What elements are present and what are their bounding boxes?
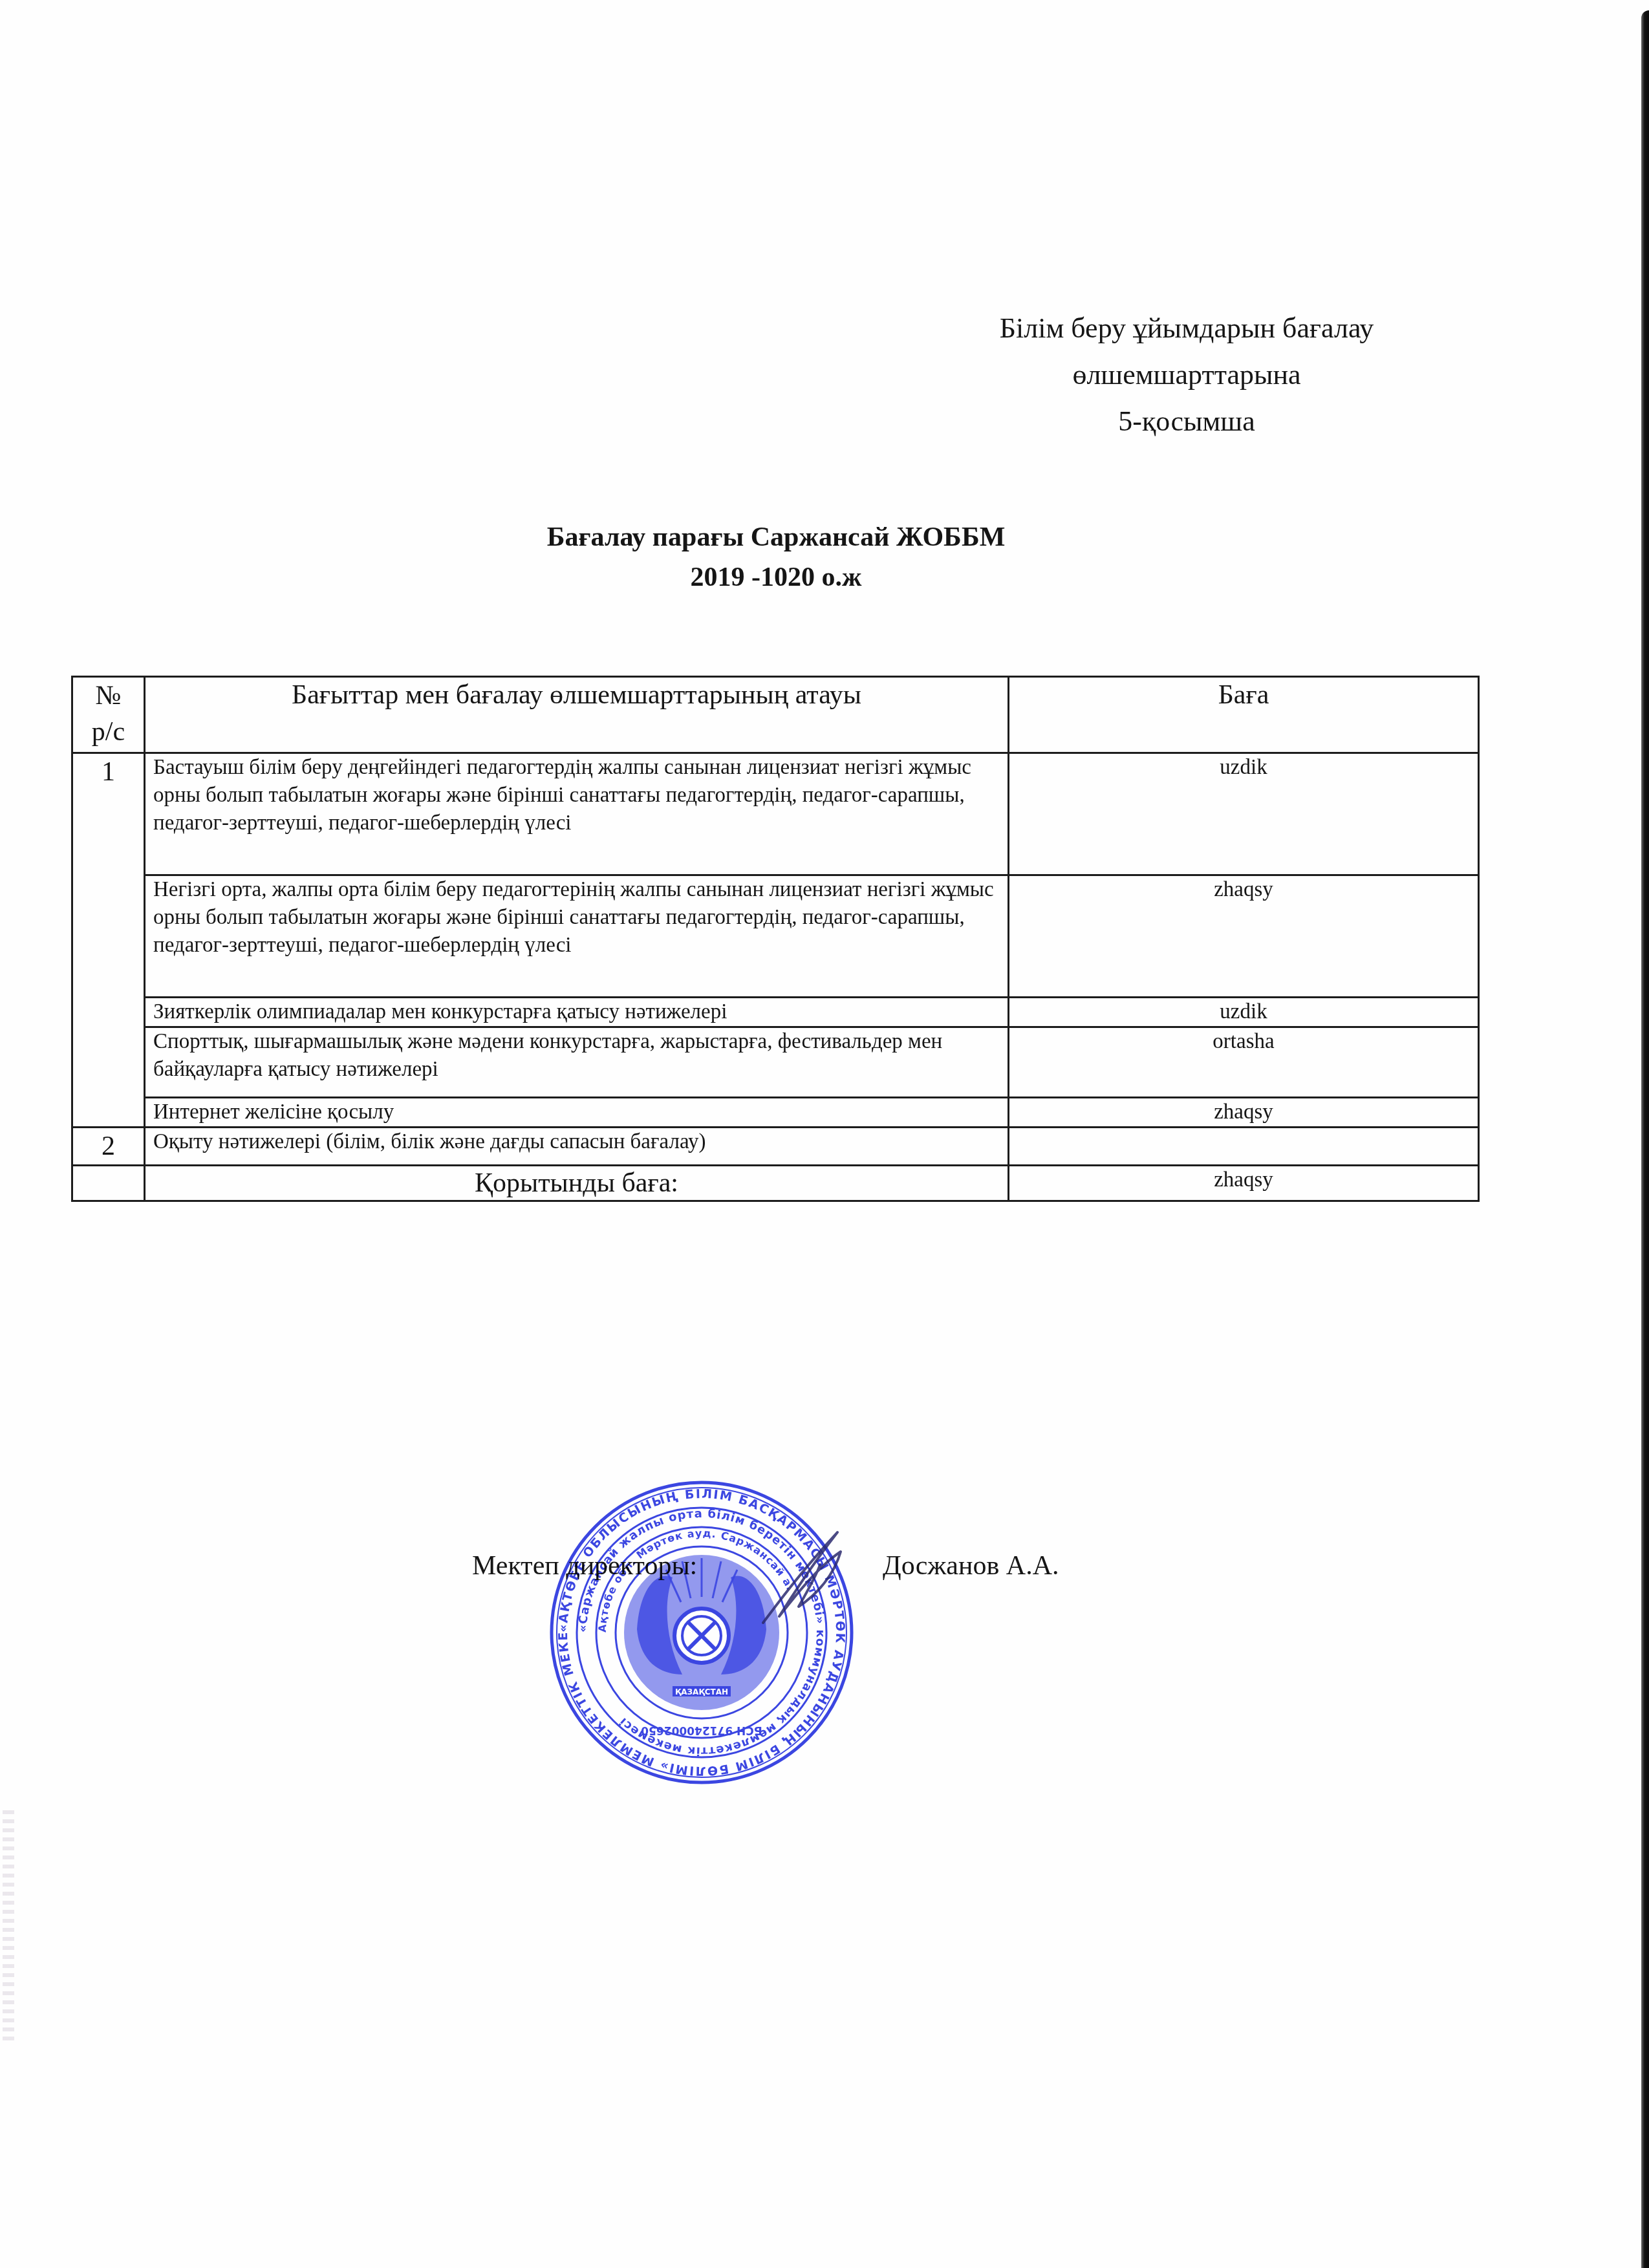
scanner-artifact — [3, 1810, 14, 2043]
handwritten-signature-icon — [744, 1526, 847, 1629]
annex-line-1: Білім беру ұйымдарын бағалау — [957, 305, 1416, 352]
signatory-name: Досжанов А.А. — [883, 1548, 1059, 1584]
assessment-table: № р/с Бағыттар мен бағалау өлшемшарттары… — [71, 676, 1480, 1202]
header-number: № р/с — [72, 677, 145, 753]
criteria-cell: Интернет желісіне қосылу — [145, 1098, 1009, 1128]
total-grade: zhaqsy — [1009, 1166, 1479, 1201]
criteria-cell: Негізгі орта, жалпы орта білім беру педа… — [145, 875, 1009, 998]
grade-cell: ortasha — [1009, 1027, 1479, 1098]
grade-cell: uzdik — [1009, 998, 1479, 1027]
grade-cell: uzdik — [1009, 753, 1479, 875]
grade-cell — [1009, 1128, 1479, 1166]
header-number-abbrev: р/с — [76, 714, 141, 750]
criteria-cell: Зияткерлік олимпиадалар мен конкурстарға… — [145, 998, 1009, 1027]
total-label: Қорытынды баға: — [145, 1166, 1009, 1201]
stamp-center-text: ҚАЗАҚСТАН — [675, 1687, 728, 1696]
total-row: Қорытынды баға: zhaqsy — [72, 1166, 1479, 1201]
title-line-2: 2019 -1020 о.ж — [453, 557, 1099, 597]
criteria-cell: Оқыту нәтижелері (білім, білік және дағд… — [145, 1128, 1009, 1166]
grade-cell: zhaqsy — [1009, 875, 1479, 998]
annex-line-2: өлшемшарттарына — [957, 352, 1416, 398]
criteria-cell: Бастауыш білім беру деңгейіндегі педагог… — [145, 753, 1009, 875]
total-number-blank — [72, 1166, 145, 1201]
criteria-cell: Спорттық, шығармашылық және мәдени конку… — [145, 1027, 1009, 1098]
table-row: Спорттық, шығармашылық және мәдени конку… — [72, 1027, 1479, 1098]
table-row: 1 Бастауыш білім беру деңгейіндегі педаг… — [72, 753, 1479, 875]
grade-cell: zhaqsy — [1009, 1098, 1479, 1128]
table-row: Негізгі орта, жалпы орта білім беру педа… — [72, 875, 1479, 998]
document-title: Бағалау парағы Саржансай ЖОББМ 2019 -102… — [453, 517, 1099, 597]
title-line-1: Бағалау парағы Саржансай ЖОББМ — [453, 517, 1099, 557]
header-grade: Баға — [1009, 677, 1479, 753]
annex-line-3: 5-қосымша — [957, 398, 1416, 445]
table-row: 2 Оқыту нәтижелері (білім, білік және да… — [72, 1128, 1479, 1166]
table-header-row: № р/с Бағыттар мен бағалау өлшемшарттары… — [72, 677, 1479, 753]
scanner-edge — [1641, 10, 1649, 2268]
annex-reference: Білім беру ұйымдарын бағалау өлшемшартта… — [957, 305, 1416, 445]
stamp-bin-text: БСН 971240002650 — [641, 1724, 762, 1737]
header-criteria: Бағыттар мен бағалау өлшемшарттарының ат… — [145, 677, 1009, 753]
header-number-symbol: № — [76, 678, 141, 714]
table-row: Зияткерлік олимпиадалар мен конкурстарға… — [72, 998, 1479, 1027]
section-number: 2 — [72, 1128, 145, 1166]
table-row: Интернет желісіне қосылу zhaqsy — [72, 1098, 1479, 1128]
section-number: 1 — [72, 753, 145, 1128]
